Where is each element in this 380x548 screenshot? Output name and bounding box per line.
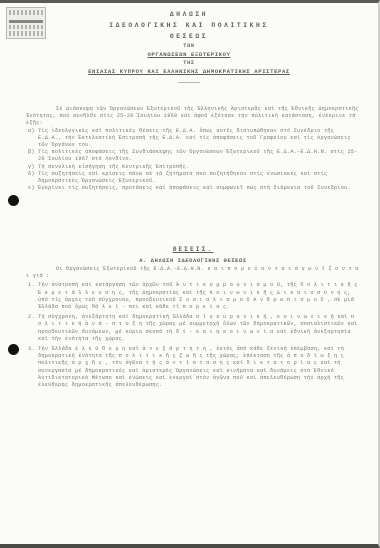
- punch-hole-icon: [8, 344, 19, 355]
- position-point: 2. Τή σύγχρονη, ἀνεξάρτητη καί δημοκρατι…: [26, 314, 360, 343]
- section-lead: Οἱ Ὀργανώσεις Ἐξωτερικοῦ τῆς Ε.Δ.Α.-Ε.Δ.…: [26, 266, 360, 280]
- document-header: ΔΗΛΩΣΗ ΙΔΕΟΛΟΓΙΚΗΣ ΚΑΙ ΠΟΛΙΤΙΚΗΣ ΘΕΣΕΩΣ …: [0, 9, 378, 83]
- positions-section: ΘΕΣΕΙΣ. Α. ΔΗΛΩΣΗ ΙΔΕΟΛΟΓΙΚΗΣ ΘΕΣΕΩΣ Οἱ …: [26, 244, 360, 389]
- position-point: 1. Τήν ἀνατροπή καί κατάργηση τῶν ἀρχῶν …: [26, 282, 360, 311]
- header-line-2: ΙΔΕΟΛΟΓΙΚΗΣ ΚΑΙ ΠΟΛΙΤΙΚΗΣ: [0, 20, 378, 31]
- section-title: ΘΕΣΕΙΣ.: [26, 244, 360, 256]
- intro-item: β) Τίς πολιτικές ἀποφάσεις τῆς Συνδιάσκε…: [26, 149, 360, 163]
- intro-item: α) Τίς ἰδεολογικές καί πολιτικές θέσεις …: [26, 128, 360, 150]
- intro-paragraph: Σέ Διάσκεψη τῶν Ὀργανώσεων Ἐξωτερικοῦ τῆ…: [26, 106, 360, 128]
- intro-item: γ) Τή συνολική εἰσήγηση τῆς Κεντρικῆς Ἐπ…: [26, 164, 360, 171]
- header-line-4: ΤΩΝ: [0, 42, 378, 50]
- intro-item: ε) Ἐγκρίνει τίς συζητήσεις, προτάσεις κα…: [26, 185, 360, 192]
- header-line-1: ΔΗΛΩΣΗ: [0, 9, 378, 20]
- header-line-7: ΕΝΙΑΙΑΣ ΚΥΠΡΟΥ ΚΑΙ ΕΛΛΗΝΙΚΗΣ ΔΗΜΟΚΡΑΤΙΚΗ…: [0, 67, 378, 76]
- intro-item: δ) Τίς συζητήσεις καί κρίσεις πάνω σέ τά…: [26, 171, 360, 185]
- section-subtitle: Α. ΔΗΛΩΣΗ ΙΔΕΟΛΟΓΙΚΗΣ ΘΕΣΕΩΣ: [26, 256, 360, 266]
- header-line-3: ΘΕΣΕΩΣ: [0, 31, 378, 42]
- header-line-6: ΤΗΣ: [0, 59, 378, 67]
- header-divider: [178, 82, 200, 83]
- position-point: 3. Τήν Ἑλλάδα ἐ λ ε ύ θ ε ρ η καί ἀ ν ε …: [26, 346, 360, 389]
- punch-hole-icon: [8, 195, 19, 206]
- header-line-5: ΟΡΓΑΝΩΣΕΩΝ ΕΞΩΤΕΡΙΚΟΥ: [0, 50, 378, 59]
- scanned-document-page: ΔΗΛΩΣΗ ΙΔΕΟΛΟΓΙΚΗΣ ΚΑΙ ΠΟΛΙΤΙΚΗΣ ΘΕΣΕΩΣ …: [0, 0, 380, 548]
- intro-section: Σέ Διάσκεψη τῶν Ὀργανώσεων Ἐξωτερικοῦ τῆ…: [26, 106, 360, 192]
